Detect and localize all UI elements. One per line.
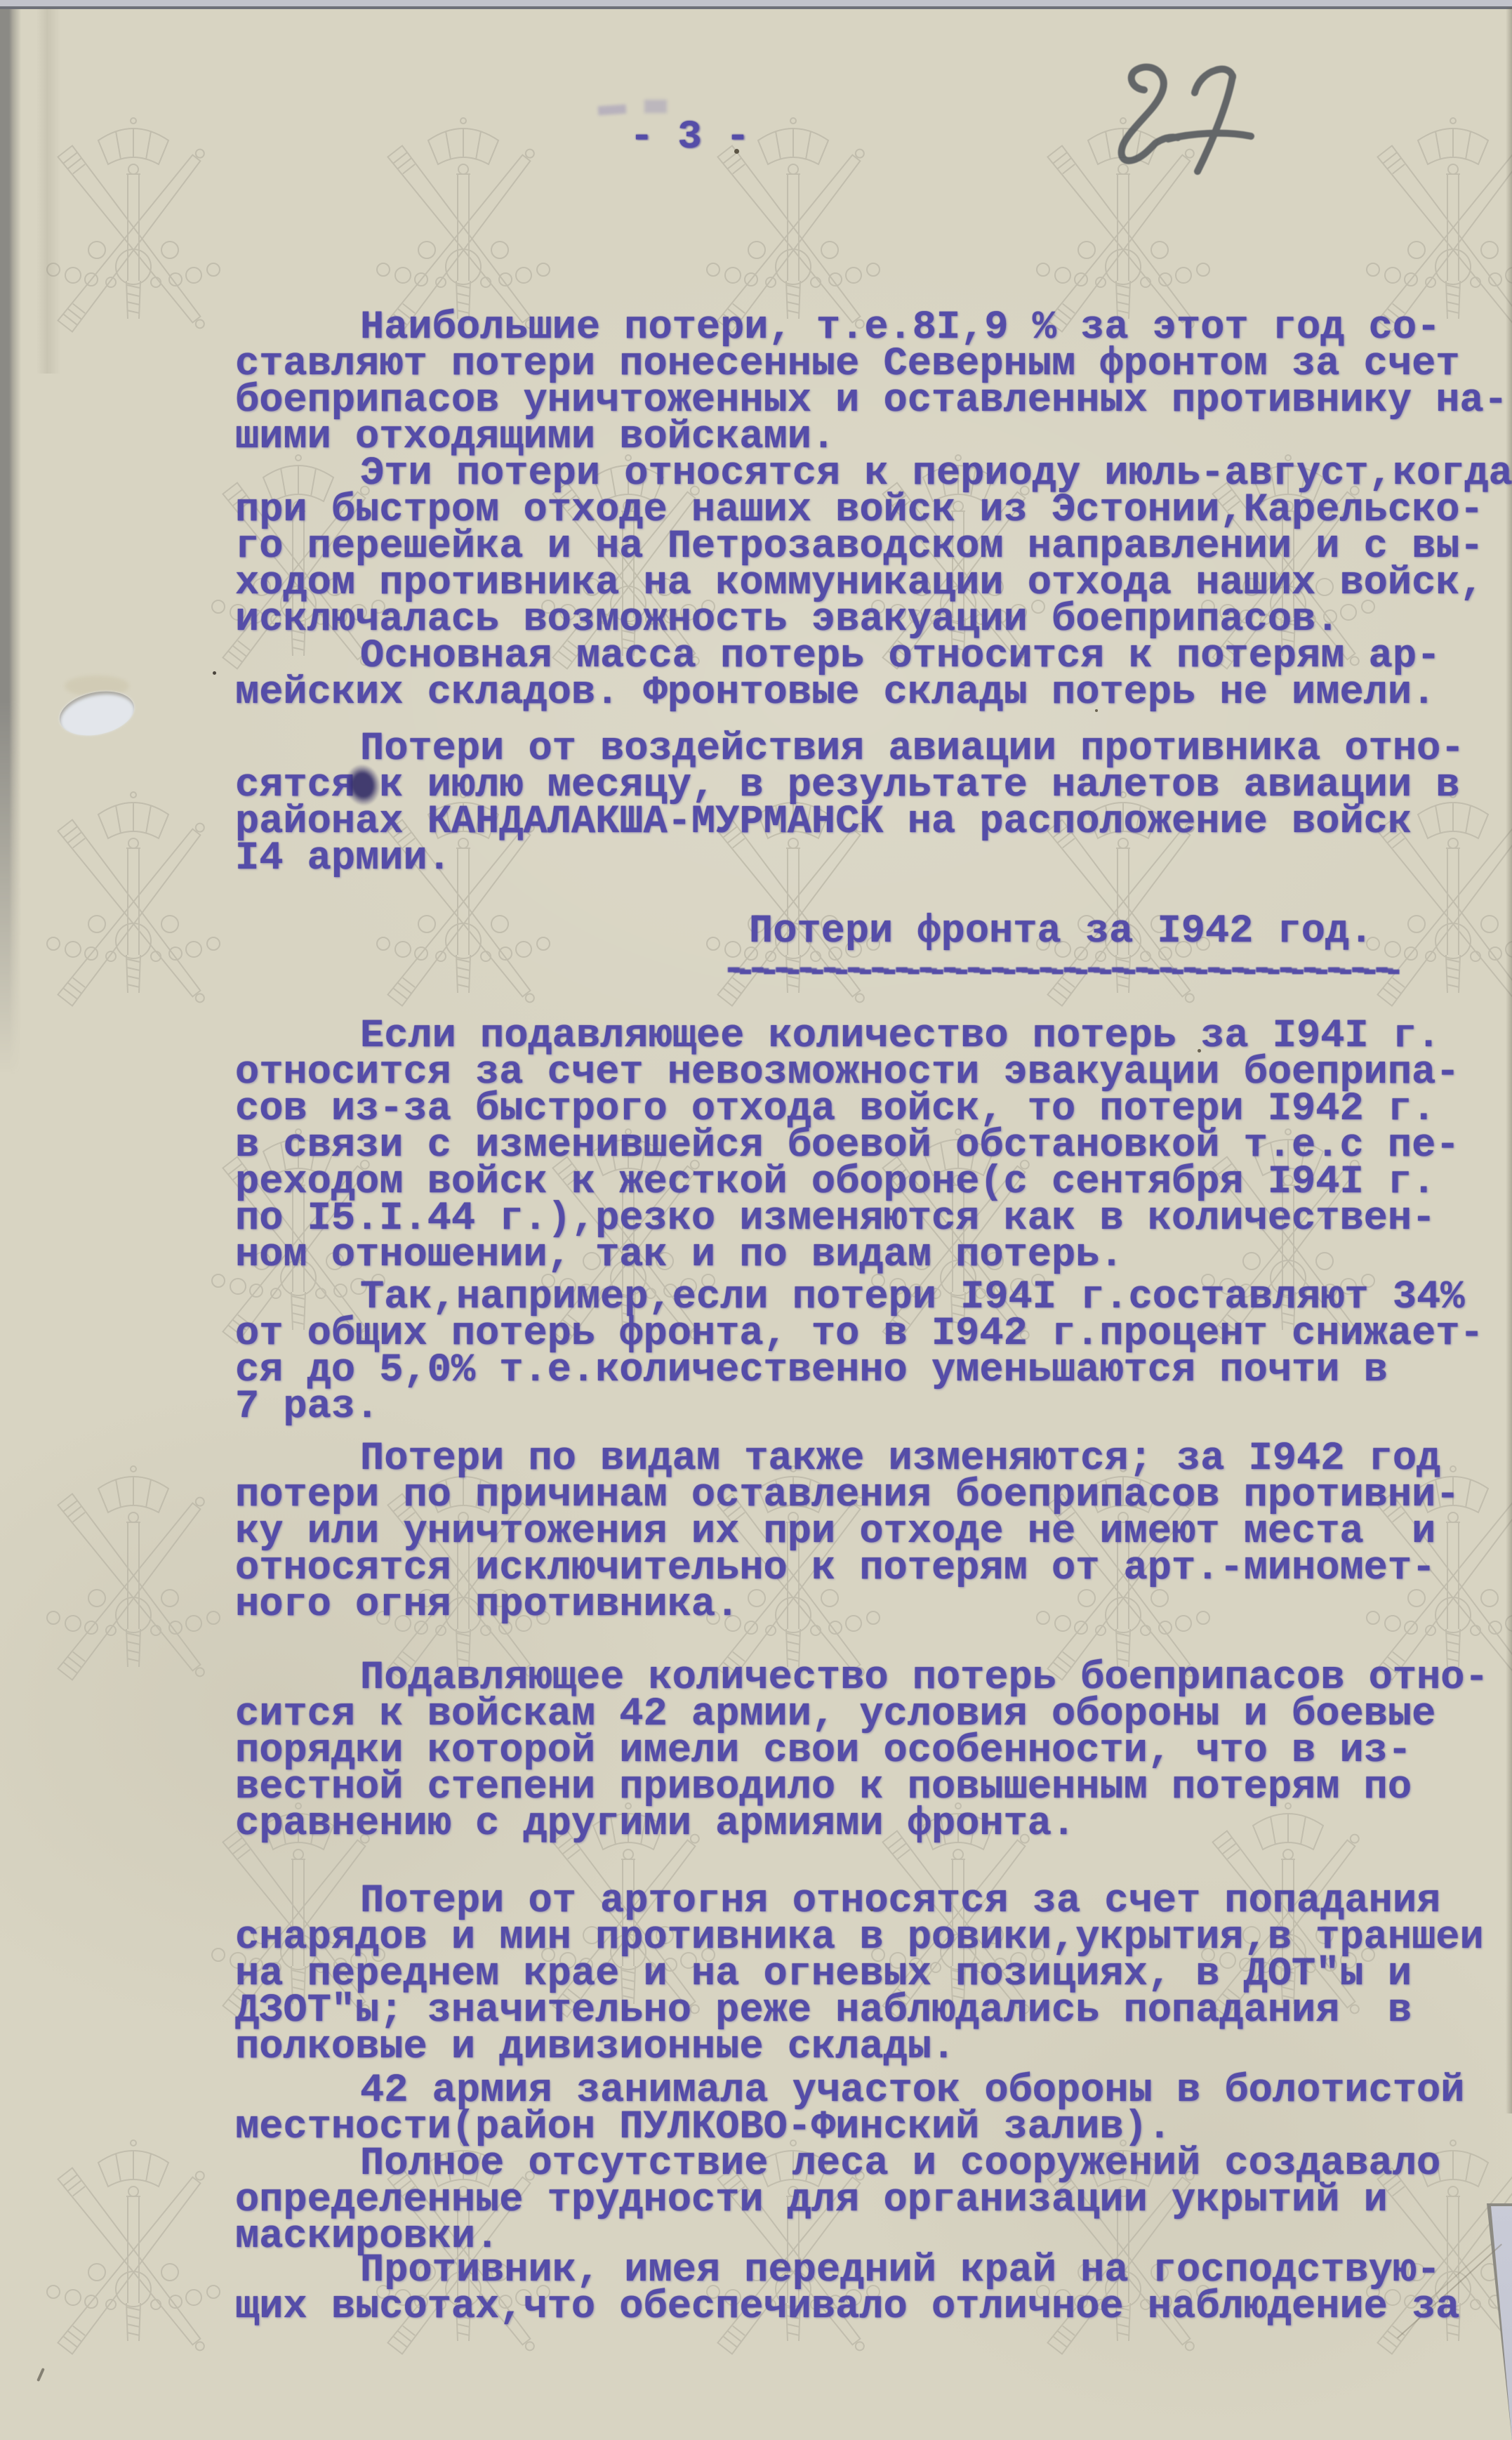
heading-underline: ----------------------------: [722, 956, 1394, 984]
paper-speck: [1095, 709, 1098, 712]
ink-ghost-smudge: [598, 105, 627, 116]
paragraph: Наибольшие потери, т.е.8I,9 % за этот го…: [235, 310, 1508, 456]
paragraph: Подавляющее количество потерь боеприпасо…: [235, 1660, 1489, 1842]
paragraph: Если подавляющее количество потерь за I9…: [235, 1018, 1459, 1274]
paper-speck: [213, 671, 216, 675]
paragraph: Противник, имея передний край на господс…: [235, 2253, 1459, 2326]
paragraph: Полное отсутствие леса и сооружений созд…: [235, 2146, 1440, 2255]
paper-speck: [870, 1908, 873, 1911]
document-text: Потери фронта за I942 год. -------------…: [235, 0, 1512, 2440]
paper-speck: [734, 149, 739, 154]
paper-crease-left: [37, 8, 60, 374]
paper-speck: [1198, 1049, 1201, 1053]
paragraph: 42 армия занимала участок обороны в боло…: [235, 2073, 1464, 2146]
paragraph: Эти потери относятся к периоду июль-авгу…: [235, 456, 1512, 638]
ink-ghost-smudge: [644, 100, 667, 113]
paragraph: Потери по видам также изменяются; за I94…: [235, 1441, 1459, 1623]
scanner-edge-left: [0, 7, 21, 1074]
scanned-document-page: { "document": { "page_number": "- 3 -", …: [0, 0, 1512, 2440]
paragraph: Так,например,если потери I94I г.составля…: [235, 1279, 1484, 1425]
paragraph: Потери от артогня относятся за счет попа…: [235, 1883, 1484, 2066]
paragraph: Основная масса потерь относится к потеря…: [235, 638, 1440, 711]
paragraph: Потери от воздействия авиации противника…: [235, 731, 1464, 877]
section-heading: Потери фронта за I942 год.: [749, 914, 1373, 950]
